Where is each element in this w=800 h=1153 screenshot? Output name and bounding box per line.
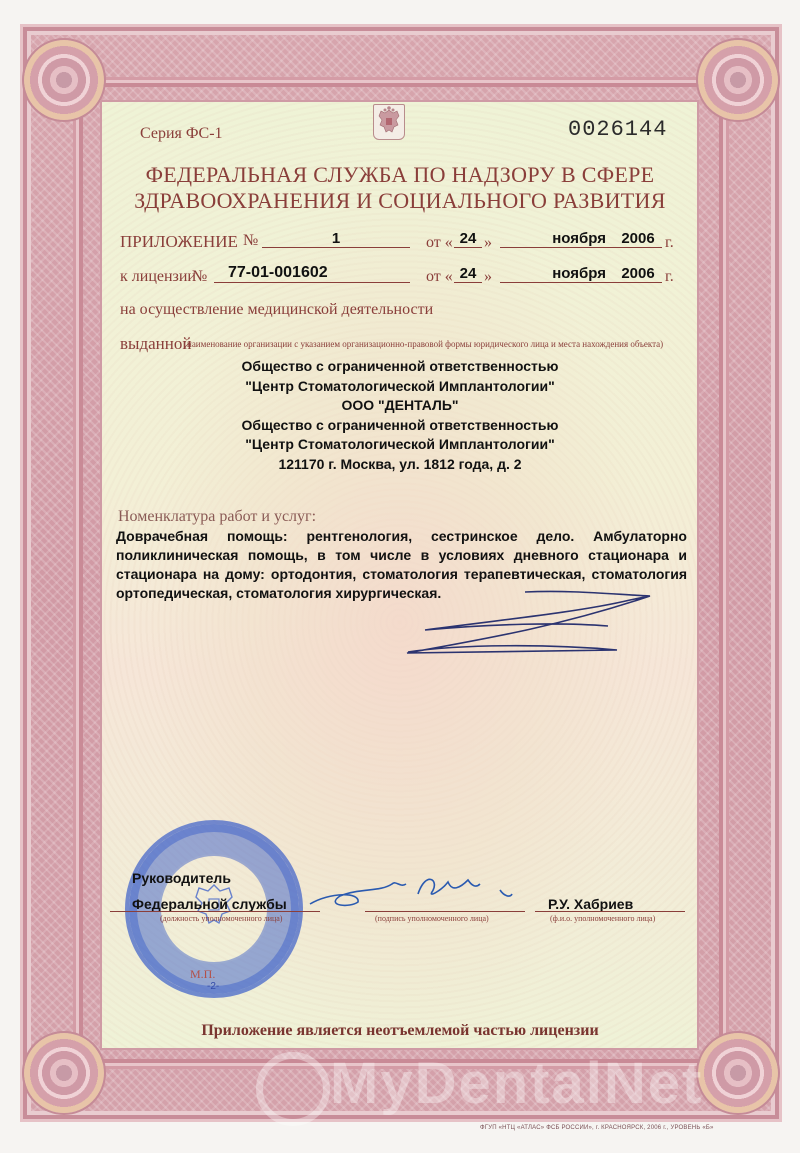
name-underline [535, 911, 685, 912]
watermark-text: MyDentalNet [330, 1050, 703, 1117]
org-line: ООО "ДЕНТАЛЬ" [160, 396, 640, 416]
issuer-title-line1: ФЕДЕРАЛЬНАЯ СЛУЖБА ПО НАДЗОРУ В СФЕРЕ [110, 162, 690, 188]
issued-label: выданной [120, 334, 191, 354]
license-year-field: 2006 [614, 265, 662, 283]
license-day-field: 24 [454, 265, 482, 283]
org-line: "Центр Стоматологической Имплантологии" [160, 377, 640, 397]
appendix-footer-note: Приложение является неотъемлемой частью … [110, 1022, 690, 1040]
signer-position-line2: Федеральной службы [132, 896, 287, 912]
appendix-year-field: 2006 [614, 230, 662, 248]
appendix-number-field: 1 [262, 230, 410, 248]
seal-label: М.П. [190, 967, 215, 982]
appendix-day-field: 24 [454, 230, 482, 248]
position-underline [110, 911, 320, 912]
nomenclature-title: Номенклатура работ и услуг: [118, 508, 316, 526]
name-note: (ф.и.о. уполномоченного лица) [550, 914, 655, 923]
appendix-year-suffix: г. [665, 234, 674, 252]
issued-note: (наименование организации с указанием ор… [184, 339, 663, 349]
license-month-field: ноября [500, 265, 614, 283]
organization-block: Общество с ограниченной ответственностью… [160, 357, 640, 474]
series-label: Серия ФС-1 [140, 125, 223, 143]
corner-rosette-icon [696, 38, 780, 122]
org-line: Общество с ограниченной ответственностью [160, 357, 640, 377]
signer-name: Р.У. Хабриев [548, 896, 633, 912]
handwritten-signature [300, 862, 530, 914]
corner-rosette-icon [22, 38, 106, 122]
corner-rosette-icon [22, 1031, 106, 1115]
issuer-title-line2: ЗДРАВООХРАНЕНИЯ И СОЦИАЛЬНОГО РАЗВИТИЯ [110, 188, 690, 214]
signature-underline [365, 911, 525, 912]
handwritten-strikeout [380, 580, 680, 660]
license-year-suffix: г. [665, 268, 674, 286]
license-from-label: от « [426, 268, 453, 286]
org-line: Общество с ограниченной ответственностью [160, 416, 640, 436]
license-number-field: 77-01-001602 [214, 264, 410, 283]
signature-note: (подпись уполномоченного лица) [375, 914, 489, 923]
appendix-day-close: » [484, 234, 492, 252]
document-number: 0026144 [568, 117, 667, 142]
appendix-month-field: ноября [500, 230, 614, 248]
license-day-close: » [484, 268, 492, 286]
appendix-number-sign: № [243, 232, 258, 250]
license-label: к лицензии [120, 268, 196, 286]
license-number-sign: № [192, 268, 207, 286]
org-line: "Центр Стоматологической Имплантологии" [160, 435, 640, 455]
russian-coat-of-arms-icon [373, 104, 405, 140]
stamp-number: -2- [207, 981, 219, 992]
signer-position-line1: Руководитель [132, 870, 231, 886]
position-note: (должность уполномоченного лица) [160, 914, 282, 923]
printer-imprint: ФГУП «НТЦ «АТЛАС» ФСБ РОССИИ», г. КРАСНО… [480, 1125, 714, 1131]
appendix-label: ПРИЛОЖЕНИЕ [120, 232, 238, 252]
org-line: 121170 г. Москва, ул. 1812 года, д. 2 [160, 455, 640, 475]
appendix-from-label: от « [426, 234, 453, 252]
activity-text: на осуществление медицинской деятельност… [120, 301, 433, 319]
watermark-logo-icon [256, 1052, 330, 1126]
corner-rosette-icon [696, 1031, 780, 1115]
